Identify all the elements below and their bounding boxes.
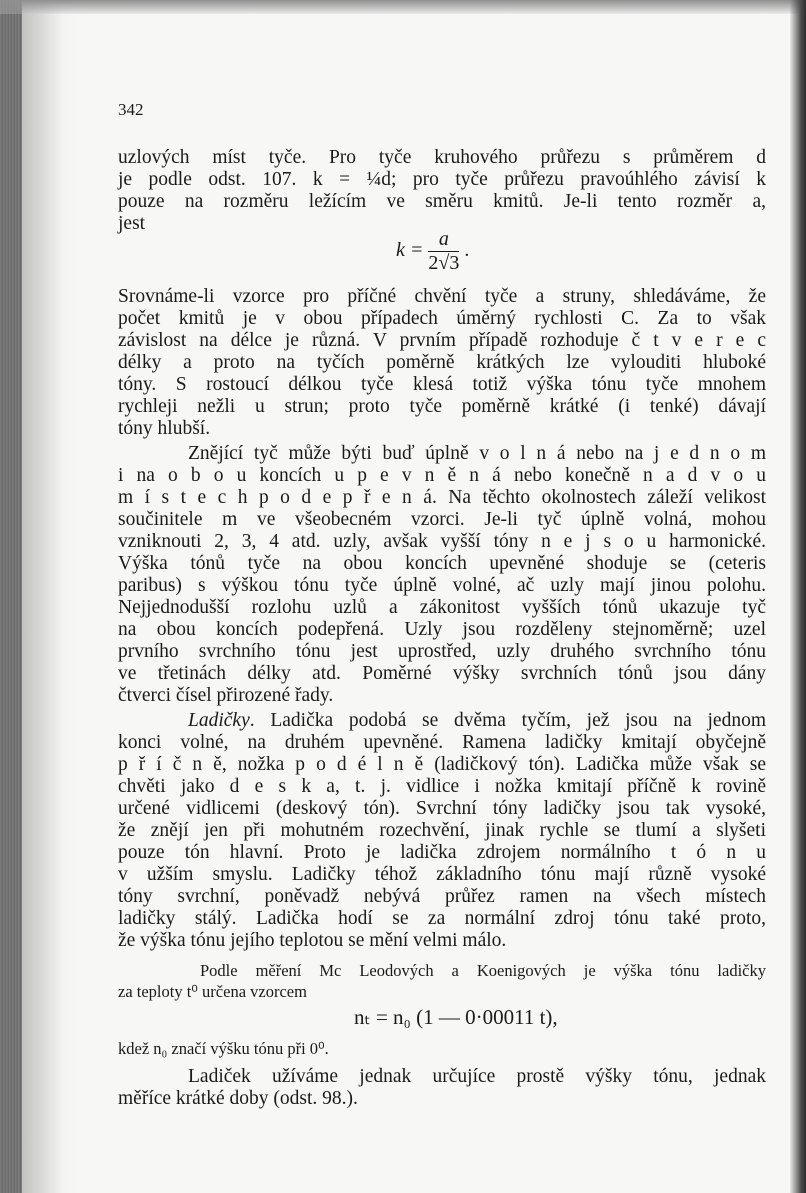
sqrt-icon: √ xyxy=(438,252,449,274)
text-line: paribus) s výškou tónu tyče úplně volné,… xyxy=(118,575,766,597)
text-line: tóny svrchní, poněvadž nebývá průřez ram… xyxy=(118,886,766,908)
section-heading-ladicky: Ladičky xyxy=(188,710,250,731)
text-line: p ř í č n ě, nožka p o d é l n ě (ladičk… xyxy=(118,754,766,776)
page-number: 342 xyxy=(118,100,144,120)
text-line: tóny. S rostoucí délkou tyče klesá totiž… xyxy=(118,374,766,396)
text-line: vzniknouti 2, 3, 4 atd. uzly, avšak vyšš… xyxy=(118,531,766,553)
text-line: pouze na rozměru ležícím ve směru kmitů.… xyxy=(118,191,766,213)
text-line: součinitele m ve všeobecném vzorci. Je-l… xyxy=(118,509,766,531)
text-line: ve třetinách délky atd. Poměrné výšky sv… xyxy=(118,663,766,685)
text-line-ladicky-heading: Ladičky. Ladička podobá se dvěma tyčím, … xyxy=(118,710,766,732)
text-line: m í s t e c h p o d e p ř e n á. Na těch… xyxy=(118,487,766,509)
text-line: Ladiček užíváme jednak určujíce prostě v… xyxy=(118,1066,766,1088)
text-line: Znějící tyč může býti buď úplně v o l n … xyxy=(118,443,766,465)
text-line: Nejjednodušší rozlohu uzlů a zákonitost … xyxy=(118,597,766,619)
text-line: za teploty t⁰ určena vzorcem xyxy=(118,981,766,1003)
text-line: Podle měření Mc Leodových a Koenigových … xyxy=(118,960,766,982)
text-line: že znějí jen při mohutném rozechvění, ji… xyxy=(118,820,766,842)
text-line: rychleji nežli u strun; proto tyče poměr… xyxy=(118,396,766,418)
text-line: že výška tónu jejího teplotou se mění ve… xyxy=(118,930,766,952)
text-line: na obou koncích podepřená. Uzly jsou roz… xyxy=(118,619,766,641)
text-line: měříce krátké doby (odst. 98.). xyxy=(118,1088,766,1110)
formula-numerator: a xyxy=(428,228,459,252)
text-line: čtverci čísel přirozené řady. xyxy=(118,685,766,707)
text-line: chvěti jako d e s k a, t. j. vidlice i n… xyxy=(118,776,766,798)
text-line: v užším smyslu. Ladičky téhož základního… xyxy=(118,864,766,886)
text-line: závislost na délce je různá. V prvním př… xyxy=(118,330,766,352)
text-line: uzlových míst tyče. Pro tyče kruhového p… xyxy=(118,147,766,169)
gutter-shadow xyxy=(22,0,82,1193)
text-line: Výška tónů tyče na obou koncích upevněné… xyxy=(118,553,766,575)
text-line: je podle odst. 107. k = ¼d; pro tyče prů… xyxy=(118,169,766,191)
text-line: určené vidlicemi (deskový tón). Svrchní … xyxy=(118,798,766,820)
formula-denominator: 2√3 xyxy=(428,252,459,275)
formula-lhs: k = xyxy=(396,239,423,261)
book-binding-edge xyxy=(0,0,22,1193)
denominator-radicand: 3 xyxy=(449,251,459,274)
text-span: . Ladička podobá se dvěma tyčím, jež jso… xyxy=(250,710,766,731)
text-line: konci volné, na druhém upevněné. Ramena … xyxy=(118,732,766,754)
page-top-edge xyxy=(0,0,806,14)
formula-k: k = a 2√3 . xyxy=(396,228,469,275)
formula-tuning-fork-temperature: nₜ = n₀ (1 — 0·00011 t), xyxy=(354,1005,558,1030)
text-line: i na o b o u koncích u p e v n ě n á neb… xyxy=(118,465,766,487)
text-line: tóny hlubší. xyxy=(118,418,766,440)
page-right-edge xyxy=(790,0,806,1193)
text-line: ladičky stálý. Ladička hodí se za normál… xyxy=(118,908,766,930)
text-line: Srovnáme-li vzorce pro příčné chvění tyč… xyxy=(118,286,766,308)
text-line: prvního svrchního tónu jest uprostřed, u… xyxy=(118,641,766,663)
denominator-coefficient: 2 xyxy=(428,252,438,274)
text-line: počet kmitů je v obou případech úměrný r… xyxy=(118,308,766,330)
text-line: kdež n₀ značí výšku tónu při 0⁰. xyxy=(118,1038,766,1060)
text-line: pouze tón hlavní. Proto je ladička zdroj… xyxy=(118,842,766,864)
formula-fraction: a 2√3 xyxy=(428,228,459,275)
formula-period: . xyxy=(464,239,469,261)
text-line: délky a proto na tyčích poměrně krátkých… xyxy=(118,352,766,374)
